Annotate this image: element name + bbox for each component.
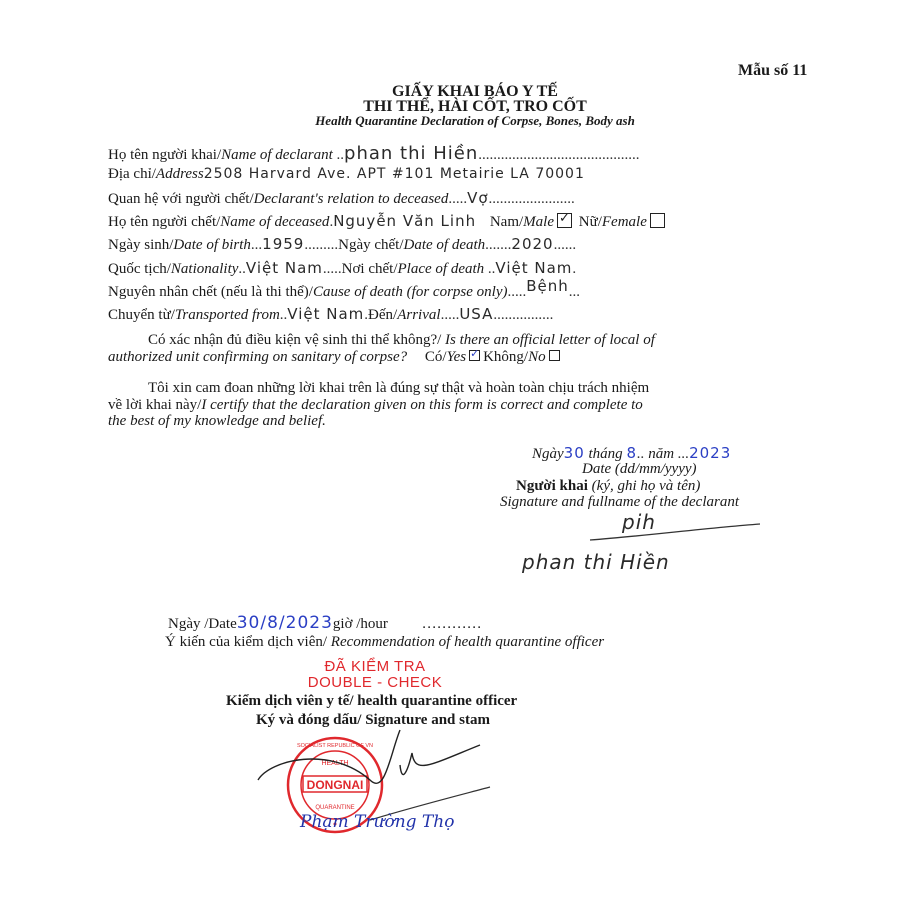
officer-date-value[interactable]: 30/8/2023 [237,613,333,633]
declarant-role-bold: Người khai [516,478,588,494]
sanitary-text-en2: authorized unit confirming on sanitary o… [108,349,407,365]
declarant-signature-stroke [585,518,765,548]
deceased-row: Họ tên người chết/Name of deceased.Nguyễ… [108,212,668,231]
declarant-caption: Signature and fullname of the declarant [500,494,739,511]
declarant-name-label-vi: Họ tên người khai/ [108,147,221,163]
relation-value[interactable]: Vợ [467,189,488,207]
male-label-vi: Nam/ [490,214,523,230]
no-label-vi: Không/ [483,349,528,365]
arrival-label-en: Arrival [397,307,440,323]
certification-line2-en: I certify that the declaration given on … [201,397,642,413]
certification-line2-vi: về lời khai này/ [108,397,201,413]
certification-line3: the best of my knowledge and belief. [108,413,326,430]
cause-label-en: Cause of death (for corpse only) [313,284,508,300]
recommendation-label-en: Recommendation of health quarantine offi… [331,634,604,650]
place-of-death-label-vi: Nơi chết/ [342,261,398,277]
double-check-stamp-line1: ĐÃ KIỂM TRA [300,658,450,675]
certification-line1: Tôi xin cam đoan những lời khai trên là … [148,380,649,397]
form-subtitle: Health Quarantine Declaration of Corpse,… [0,113,885,129]
deceased-label-vi: Họ tên người chết/ [108,214,220,230]
month-value[interactable]: 8 [626,444,637,462]
nationality-value[interactable]: Việt Nam [246,259,323,277]
from-value[interactable]: Việt Nam [287,305,364,323]
check-icon: ✓ [559,211,570,226]
yes-label-vi: Có/ [425,349,447,365]
nationality-row: Quốc tịch/Nationality..Việt Nam.....Nơi … [108,259,576,278]
male-label-en: Male [523,214,554,230]
arrival-label-vi: Đến/ [368,307,397,323]
place-of-death-value[interactable]: Việt Nam [495,259,572,277]
female-label-en: Female [602,214,647,230]
officer-hour-value[interactable]: ………… [422,616,482,632]
declarant-signed-name: phan thi Hiền [522,550,670,574]
from-label-en: Transported from [175,307,280,323]
deceased-name-value[interactable]: Nguyễn Văn Linh [333,212,476,230]
relation-label-vi: Quan hệ với người chết/ [108,191,254,207]
officer-name: Phạm Trường Thọ [300,812,454,832]
officer-hour-label: giờ /hour [333,616,388,632]
declarant-name-label-en: Name of declarant [221,147,333,163]
address-label-vi: Địa chỉ/ [108,166,156,182]
yes-label-en: Yes [447,349,466,365]
arrival-value[interactable]: USA [459,305,493,323]
female-checkbox[interactable] [650,213,665,228]
officer-title: Kiểm dịch viên y tế/ health quarantine o… [226,693,517,710]
dob-label-vi: Ngày sinh/ [108,237,173,253]
month-label: tháng [589,446,623,462]
sanitary-text-vi: Có xác nhận đủ điều kiện vệ sinh thi thể… [148,332,441,348]
declarant-signature-scribble: pih [622,510,656,534]
date-format: Date (dd/mm/yyyy) [582,461,697,478]
recommendation-row: Ý kiến của kiểm dịch viên/ Recommendatio… [165,634,604,651]
dob-value[interactable]: 1959 [262,235,304,253]
day-value[interactable]: 30 [564,444,585,462]
no-checkbox[interactable] [549,350,560,361]
officer-date-row: Ngày /Date30/8/2023giờ /hour ………… [168,613,482,633]
male-checkbox[interactable]: ✓ [557,213,572,228]
nationality-label-en: Nationality [171,261,239,277]
female-label-vi: Nữ/ [579,214,602,230]
cause-row: Nguyên nhân chết (nếu là thi thể)/Cause … [108,282,580,301]
address-label-en: Address [156,166,204,182]
double-check-stamp-line2: DOUBLE - CHECK [290,674,460,691]
officer-date-label: Ngày /Date [168,616,237,632]
dod-label-vi: Ngày chết/ [338,237,403,253]
recommendation-label-vi: Ý kiến của kiểm dịch viên/ [165,634,327,650]
cause-label-vi: Nguyên nhân chết (nếu là thi thể)/ [108,284,313,300]
address-value[interactable]: 2508 Harvard Ave. APT #101 Metairie LA 7… [204,166,585,182]
declarant-name-row: Họ tên người khai/Name of declarant ..ph… [108,143,640,164]
deceased-label-en: Name of deceased [220,214,329,230]
sanitary-question-line1: Có xác nhận đủ điều kiện vệ sinh thi thể… [148,332,655,349]
certification-line2: về lời khai này/I certify that the decla… [108,397,643,414]
from-label-vi: Chuyển từ/ [108,307,175,323]
year-value[interactable]: 2023 [689,444,731,462]
no-label-en: No [528,349,546,365]
dob-label-en: Date of birth [173,237,251,253]
place-of-death-label-en: Place of death [398,261,485,277]
sanitary-question-line2: authorized unit confirming on sanitary o… [108,349,563,366]
yes-checkbox[interactable]: ✓ [469,350,480,361]
cause-value[interactable]: Bệnh [526,277,569,295]
transport-row: Chuyển từ/Transported from..Việt Nam.Đến… [108,305,553,324]
sanitary-text-en1: Is there an official letter of local of [445,332,655,348]
dates-row: Ngày sinh/Date of birth...1959.........N… [108,235,576,254]
year-label: năm [648,446,674,462]
dod-value[interactable]: 2020 [511,235,553,253]
declarant-name-value[interactable]: phan thi Hiền [344,143,478,164]
declarant-role: Người khai (ký, ghi họ và tên) [516,478,700,495]
day-label: Ngày [532,446,564,462]
address-row: Địa chỉ/Address2508 Harvard Ave. APT #10… [108,166,585,183]
form-number: Mẫu số 11 [738,62,807,80]
nationality-label-vi: Quốc tịch/ [108,261,171,277]
declarant-role-note: (ký, ghi họ và tên) [592,478,701,494]
dod-label-en: Date of death [404,237,486,253]
check-icon: ✓ [470,347,479,360]
relation-label-en: Declarant's relation to deceased [254,191,449,207]
relation-row: Quan hệ với người chết/Declarant's relat… [108,189,575,208]
